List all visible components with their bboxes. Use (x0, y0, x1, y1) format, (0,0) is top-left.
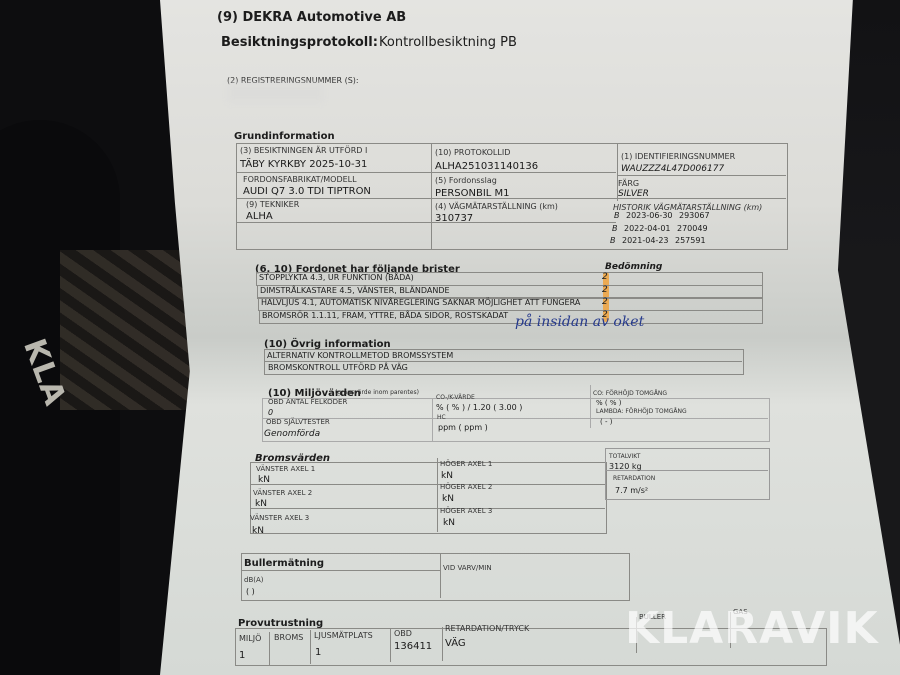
history-date: 2022-04-01 (624, 224, 671, 233)
ljus-label: LJUSMÄTPLATS (314, 631, 373, 640)
other-info-line: BROMSKONTROLL UTFÖRD PÅ VÄG (268, 363, 408, 372)
history-date: 2023-06-30 (626, 211, 673, 220)
brake-left-1-value: kN (258, 475, 270, 485)
environment-subtitle: (gränsvärde inom parentes) (335, 389, 419, 396)
section-title-grundinformation: Grundinformation (234, 131, 335, 142)
brake-right-1-label: HÖGER AXEL 1 (440, 460, 492, 468)
brake-right-2-value: kN (442, 494, 454, 504)
obd-label: OBD (394, 629, 412, 638)
make-label: FORDONSFABRIKAT/MODELL (243, 175, 357, 184)
retardation-value: 7.7 m/s² (615, 486, 648, 495)
obd-selftest-value: Genomförda (264, 429, 320, 439)
protocol-type: Kontrollbesiktning PB (379, 35, 517, 50)
technician-value: ALHA (246, 211, 273, 222)
total-weight-value: 3120 kg (609, 462, 642, 471)
history-code: B (614, 211, 620, 220)
vehicle-type-label: (5) Fordonsslag (435, 176, 497, 185)
defect-text: HALVLJUS 4.1, AUTOMATISK NIVÅREGLERING S… (261, 298, 580, 307)
grade-header: Bedömning (605, 262, 662, 272)
brake-left-2-value: kN (255, 499, 267, 509)
inspection-document: (9) DEKRA Automotive AB Besiktningsproto… (0, 0, 900, 675)
retardation-label: RETARDATION (613, 475, 655, 482)
vin-label: (1) IDENTIFIERINGSNUMMER (621, 152, 735, 161)
defect-text: DIMSTRÅLKASTARE 4.5, VÄNSTER, BLÄNDANDE (260, 286, 450, 295)
make-value: AUDI Q7 3.0 TDI TIPTRON (243, 186, 371, 197)
total-weight-label: TOTALVIKT (609, 453, 640, 460)
history-date: 2021-04-23 (622, 236, 669, 245)
obd-faults-label: OBD ANTAL FELKODER (268, 398, 347, 406)
lambda-label: LAMBDA: FÖRHÖJD TOMGÅNG (596, 408, 687, 415)
odometer-value: 310737 (435, 213, 473, 224)
retard-tryck-value: VÄG (445, 638, 466, 649)
miljo-value: 1 (239, 650, 245, 661)
brake-right-2-label: HÖGER AXEL 2 (440, 483, 492, 491)
brake-left-1-label: VÄNSTER AXEL 1 (256, 465, 315, 473)
protocol-label: Besiktningsprotokoll: (221, 35, 378, 50)
hc-value: ppm ( ppm ) (438, 423, 488, 432)
co-k-label: CO-/K-VÄRDE (436, 394, 475, 401)
brake-right-3-label: HÖGER AXEL 3 (440, 507, 492, 515)
co-idle-value: % ( % ) (596, 399, 621, 407)
defect-grade: 2 (602, 297, 608, 307)
history-km: 270049 (677, 224, 708, 233)
technician-label: (9) TEKNIKER (246, 200, 299, 209)
redacted-registration (228, 84, 323, 102)
brake-right-3-value: kN (443, 518, 455, 528)
lambda-value: ( - ) (600, 418, 612, 426)
brake-right-1-value: kN (441, 471, 453, 481)
history-code: B (612, 224, 618, 233)
defect-text: BROMSRÖR 1.1.11, FRAM, YTTRE, BÅDA SIDOR… (262, 311, 508, 320)
brake-left-2-label: VÄNSTER AXEL 2 (253, 489, 312, 497)
noise-table (241, 553, 630, 601)
rpm-label: VID VARV/MIN (443, 564, 492, 572)
obd-selftest-label: OBD SJÄLVTESTER (266, 418, 330, 426)
history-km: 257591 (675, 236, 706, 245)
db-value: ( ) (246, 587, 255, 596)
company-name: (9) DEKRA Automotive AB (217, 10, 406, 25)
vin-value: WAUZZZ4L47D006177 (621, 164, 724, 174)
obd-value: 136411 (394, 641, 432, 652)
color-label: FÄRG (618, 179, 639, 188)
co-k-value: % ( % ) / 1.20 ( 3.00 ) (436, 403, 522, 412)
other-info-line: ALTERNATIV KONTROLLMETOD BROMSSYSTEM (267, 351, 453, 360)
defect-text: STOPPLYKTA 4.3, UR FUNKTION (BÅDA) (259, 273, 414, 282)
defect-grade: 2 (602, 285, 608, 295)
protocol-id-value: ALHA251031140136 (435, 161, 538, 172)
history-code: B (610, 236, 616, 245)
hc-label: HC (437, 414, 446, 421)
handwritten-note: på insidan av oket (515, 314, 644, 330)
defect-grade: 2 (602, 272, 608, 282)
retard-tryck-label: RETARDATION/TRYCK (445, 624, 529, 633)
db-label: dB(A) (244, 576, 264, 584)
vehicle-type-value: PERSONBIL M1 (435, 188, 510, 199)
brake-left-3-label: VÄNSTER AXEL 3 (250, 514, 309, 522)
odometer-label: (4) VÄGMÄTARSTÄLLNING (km) (435, 202, 558, 211)
history-km: 293067 (679, 211, 710, 220)
miljo-label: MILJÖ (239, 634, 261, 643)
broms-label: BROMS (274, 633, 303, 642)
co-idle-label: CO: FÖRHÖJD TOMGÅNG (593, 390, 667, 397)
brake-left-3-value: kN (252, 526, 264, 536)
color-value: SILVER (618, 189, 649, 199)
obd-faults-value: 0 (268, 408, 273, 417)
protocol-id-label: (10) PROTOKOLLID (435, 148, 510, 157)
klaravik-watermark: KLARAVIK (625, 603, 879, 654)
location-value: TÄBY KYRKBY 2025-10-31 (240, 159, 367, 170)
ljus-value: 1 (315, 647, 321, 658)
location-label: (3) BESIKTNINGEN ÄR UTFÖRD I (240, 146, 367, 155)
